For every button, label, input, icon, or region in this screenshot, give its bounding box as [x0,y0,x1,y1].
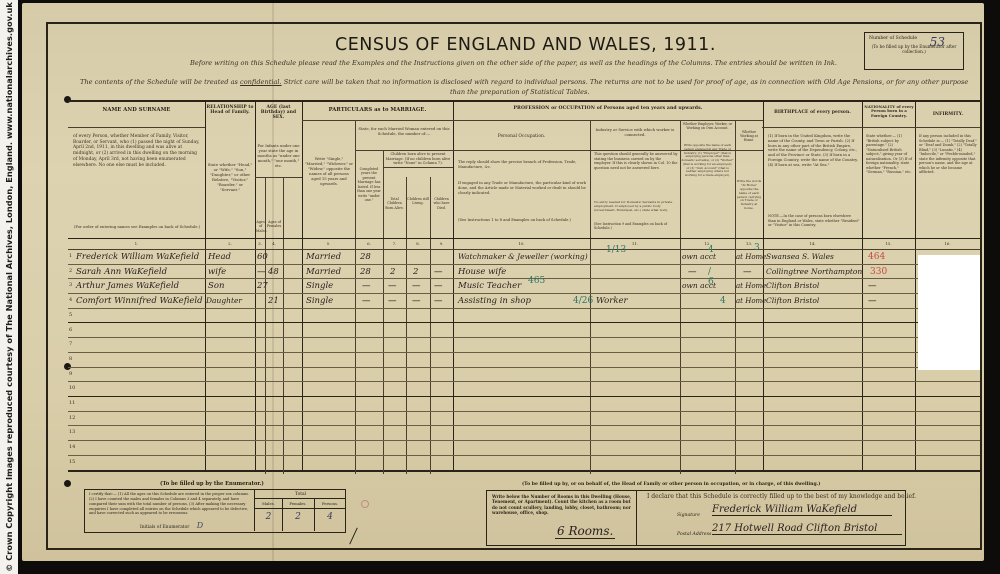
column-number: 8. [406,241,430,246]
schedule-number-label: Number of Schedule [869,36,959,41]
header-name-text: of every Person, whether Member of Famil… [73,134,201,168]
column-number: 5. [302,241,355,246]
employment-status: — [688,265,697,279]
column-number: 11. [590,241,680,246]
schedule-number-note: (To be filled up by the Enumerator after… [869,44,959,54]
marital-status: Single [306,279,333,293]
total-males: 2 [255,512,282,522]
children-total: — [388,279,397,293]
header-children-died: Children who have Died. [431,197,452,210]
children-living: — [412,279,421,293]
header-industry: Industry or Service with which worker is… [592,128,678,138]
header-infirmity-text: If any person included in this Schedule … [919,134,977,175]
signature: Frederick William WaKefield [712,504,892,516]
binding-hole [64,480,71,487]
nationality: — [868,294,877,308]
header-years-married: Completed years the present Marriage has… [356,167,382,202]
age-male: — [257,265,266,279]
column-number: 9. [430,241,453,246]
table-row: 11 [68,397,980,412]
relationship: wife [208,265,226,279]
table-row: 4 Comfort Winnifred WaKefield Daughter 2… [68,294,980,309]
person-name: Comfort Winnifred WaKefield [76,294,203,308]
working-at-home: at Home [736,294,766,308]
row-number: 14 [69,444,75,450]
postal-address: 217 Hotwell Road Clifton Bristol [712,523,902,535]
instructions-line-1: Before writing on this Schedule please r… [190,59,837,67]
years-married: 28 [360,250,371,264]
header-age: AGE (last Birthday) and SEX. [255,105,302,120]
birthplace: Collingtree Northampton [766,265,862,279]
census-title: CENSUS OF ENGLAND AND WALES, 1911. [335,35,716,55]
column-number: 7. [383,241,406,246]
enumerator-caption: (To be filled up by the Enumerator.) [160,481,264,487]
person-name: Sarah Ann WaKefield [76,265,167,279]
table-row: 8 [68,353,980,368]
header-birthplace-text: (1) If born in the United Kingdom, write… [768,134,860,168]
header-nationality-text: State whether:— (1) "British subject by … [866,134,913,175]
rooms-box: Write below the Number of Rooms in this … [486,490,636,546]
header-children-total: Total Children Born Alive. [384,197,405,210]
totals-table: Total Males. Females. Persons. 2 2 4 [254,490,345,531]
row-number: 2 [69,268,72,274]
age-female: 21 [268,294,279,308]
table-row: 5 [68,309,980,324]
occupation-code: 4/26 [573,294,593,308]
column-number: 2. [205,241,255,246]
children-living: 2 [413,265,418,279]
column-number: 14. [763,241,862,246]
header-relationship: RELATIONSHIP to Head of Family. [205,105,255,115]
header-age-males: Ages of Males. [256,220,265,233]
row-number: 6 [69,327,72,333]
header-rule [453,120,763,121]
column-number: 4. [265,241,283,246]
children-died: — [434,294,443,308]
age-male: 60 [257,250,268,264]
header-rule [68,127,205,128]
table-row: 10 [68,382,980,397]
header-marriage: PARTICULARS as to MARRIAGE. [302,108,453,114]
stamp-mark [361,500,369,508]
copyright-strip: © Crown Copyright Images reproduced cour… [0,0,18,574]
header-relationship-text: State whether "Head," or "Wife," "Son," … [207,162,253,192]
header-children-living: Children still Living. [407,197,429,206]
copyright-text: © Crown Copyright Images reproduced cour… [4,2,14,572]
redacted-infirmity-area [918,255,980,370]
birthplace: Clifton Bristol [766,279,819,293]
header-home-text: Write the words "At Home" opposite the n… [736,180,762,211]
header-age-text: For Infants under one year state the age… [257,144,300,169]
relationship: Son [208,279,224,293]
initials-label: Initials of Enumerator [140,525,189,530]
row-number: 5 [69,312,72,318]
table-row: 1 Frederick William WaKefield Head 60 Ma… [68,250,980,265]
header-nationality: NATIONALITY of every Person born in a Fo… [863,105,915,118]
row-number: 11 [69,400,75,406]
header-birthplace-note: NOTE.—In the case of persons born elsewh… [768,214,860,228]
header-personal-text-3: (See Instructions 1 to 8 and Examples on… [458,218,586,223]
row-number: 4 [69,297,72,303]
declaration-box: I declare that this Schedule is correctl… [636,490,906,546]
years-married: — [362,279,371,293]
occupation: Watchmaker & Jeweller (working) [458,250,588,264]
row-number: 10 [69,385,75,391]
row-number: 12 [69,415,75,421]
enumerator-initials-line: Initials of Enumerator D [140,521,203,530]
children-died: — [434,265,443,279]
birthplace: Swansea S. Wales [766,250,834,264]
header-name-note: (For order of entering names see Example… [73,225,201,230]
header-marriage-status: Write "Single," "Married," "Widower," or… [304,157,354,187]
header-rule [383,150,453,151]
occupation: House wife [458,265,506,279]
occupation: Music Teacher [458,279,521,293]
occupation-code: 465 [528,274,545,288]
birthplace-code: 464 [868,250,885,264]
confidential-text: confidential. [240,78,282,86]
header-age-females: Ages of Females. [266,220,283,229]
years-married: 28 [360,265,371,279]
birthplace: Clifton Bristol [766,294,819,308]
row-number: 15 [69,459,75,465]
enumerator-box: I certify that:— (1) All the ages on thi… [84,489,346,533]
instructions-text: The contents of the Schedule will be tre… [80,78,240,86]
totals-persons-label: Persons. [314,499,346,509]
header-infirmity: INFIRMITY. [916,112,980,117]
row-number: 9 [69,371,72,377]
occupation: Assisting in shop [458,294,531,308]
totals-males-label: Males. [255,499,282,509]
table-row: 3 Arthur James WaKefield Son 27 Single —… [68,279,980,294]
birthplace-code: 330 [870,265,887,279]
household-table: NAME AND SURNAME of every Person, whethe… [68,100,980,472]
table-row: 15 [68,456,980,471]
total-females: 2 [282,512,314,522]
occupier-caption: (To be filled up by, or on behalf of, th… [522,482,820,487]
marital-status: Married [306,250,341,264]
header-industry-text: This question should generally be answer… [594,152,678,170]
employment-code: 4 [720,294,726,308]
address-label: Postal Address [677,532,711,537]
column-number: 16. [915,241,980,246]
column-number: 15. [862,241,915,246]
marital-status: Single [306,294,333,308]
employment-code: 6 [708,275,714,289]
column-number: 10. [453,241,590,246]
header-personal-occupation: Personal Occupation. [455,134,588,140]
totals-header: Total [255,490,346,499]
occupation-code: 1/13 [606,243,626,257]
declaration-text: I declare that this Schedule is correctl… [647,493,916,500]
table-row: 2 Sarah Ann WaKefield wife — 48 Married … [68,265,980,280]
totals-females-label: Females. [282,499,314,509]
header-rule [302,120,453,121]
relationship: Daughter [206,294,242,308]
children-total: — [388,294,397,308]
instructions-line-3: than the preparation of Statistical Tabl… [450,88,590,96]
employment-code: 4 [708,243,714,257]
instructions-line-2: The contents of the Schedule will be tre… [80,78,968,86]
column-number: 3. [255,241,265,246]
header-name: NAME AND SURNAME [68,108,205,114]
schedule-number: 53 [930,35,945,49]
rooms-count: 6 Rooms. [555,524,615,539]
schedule-number-box: Number of Schedule 53 (To be filled up b… [864,32,964,70]
marital-status: Married [306,265,341,279]
instructions-text: Strict care will be taken that no inform… [282,78,969,86]
total-persons: 4 [314,512,346,522]
row-number: 8 [69,356,72,362]
header-personal-text-1: The reply should show the precise branch… [458,160,586,170]
home-code: 3 [754,241,760,255]
person-name: Frederick William WaKefield [76,250,199,264]
table-row: 7 [68,338,980,353]
rooms-instructions: Write below the Number of Rooms in this … [492,494,632,516]
header-birthplace: BIRTHPLACE of every person. [763,110,862,115]
header-personal-text-2: If engaged in any Trade or Manufacture, … [458,181,586,195]
relationship: Head [208,250,231,264]
table-row: 13 [68,426,980,441]
column-number: 1. [68,241,205,246]
enumerator-certification: I certify that:— (1) All the ages on thi… [89,492,252,516]
row-number: 1 [69,253,72,259]
children-living: — [412,294,421,308]
table-row: 12 [68,412,980,427]
column-number: 6. [355,241,383,246]
header-rule [355,150,383,151]
age-male: 27 [257,279,268,293]
header-rule [68,238,980,239]
children-total: 2 [390,265,395,279]
header-home: Whether Working at Home. [736,130,762,142]
person-name: Arthur James WaKefield [76,279,179,293]
children-died: — [434,279,443,293]
working-at-home: — [743,265,752,279]
header-industry-text-2: No entry needed for Domestic Servants in… [594,200,678,212]
header-married-women: State, for each Married Woman entered on… [357,127,451,137]
row-number: 7 [69,341,72,347]
header-rule [762,127,980,128]
header-industry-text-3: (See Instruction 9 and Examples on back … [594,222,678,231]
row-number: 13 [69,429,75,435]
working-at-home: at Home [736,279,766,293]
header-children: Children born alive to present Marriage.… [385,152,451,166]
header-rule [383,167,453,168]
header-employer-text: Write opposite the name of each person e… [681,144,734,178]
row-number: 3 [69,282,72,288]
working-at-home: at Home [736,250,766,264]
years-married: — [362,294,371,308]
table-row: 14 [68,441,980,456]
signature-label: Signature [677,513,700,518]
header-rule [255,177,302,178]
nationality: — [868,279,877,293]
header-profession: PROFESSION or OCCUPATION of Persons aged… [453,106,763,111]
enumerator-initials: D [197,521,203,530]
table-row: 9 [68,368,980,383]
table-row: 6 [68,324,980,339]
industry: Worker [596,294,628,308]
header-employer: Whether Employer, Worker, or Working on … [681,122,734,130]
age-female: 48 [268,265,279,279]
